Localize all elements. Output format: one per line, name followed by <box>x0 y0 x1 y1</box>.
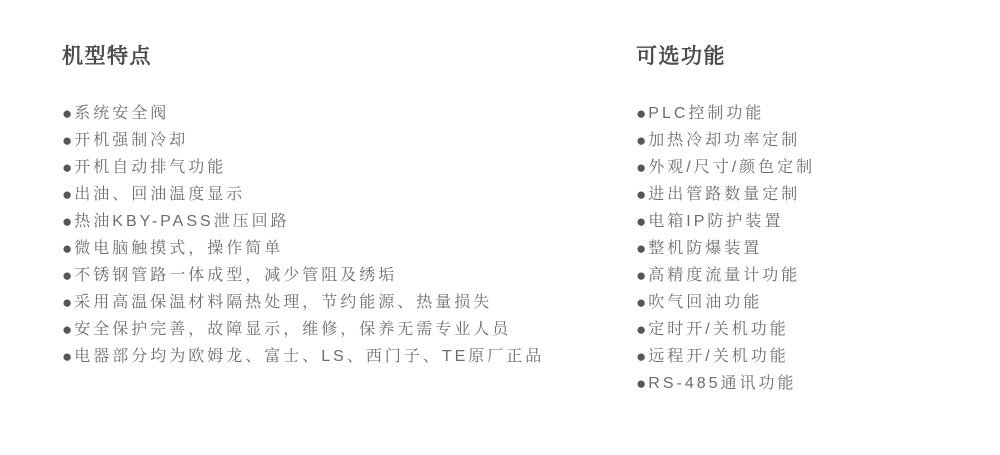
feature-item-label: 电箱IP防护装置 <box>648 208 783 235</box>
bullet-icon: ● <box>636 289 646 316</box>
feature-item-label: 出油、回油温度显示 <box>74 181 245 208</box>
feature-item-label: 定时开/关机功能 <box>648 316 788 343</box>
bullet-icon: ● <box>636 127 646 154</box>
bullet-icon: ● <box>636 235 646 262</box>
bullet-icon: ● <box>636 100 646 127</box>
feature-item: ●整机防爆装置 <box>636 235 976 262</box>
bullet-icon: ● <box>636 181 646 208</box>
feature-item-label: 远程开/关机功能 <box>648 343 788 370</box>
feature-item-label: 外观/尺寸/颜色定制 <box>648 154 815 181</box>
feature-item-label: RS-485通讯功能 <box>648 370 796 397</box>
feature-item: ●出油、回油温度显示 <box>62 181 622 208</box>
feature-item: ●吹气回油功能 <box>636 289 976 316</box>
bullet-icon: ● <box>62 181 72 208</box>
feature-item: ●高精度流量计功能 <box>636 262 976 289</box>
bullet-icon: ● <box>62 262 72 289</box>
feature-item: ●热油KBY-PASS泄压回路 <box>62 208 622 235</box>
feature-item-label: 进出管路数量定制 <box>648 181 800 208</box>
bullet-icon: ● <box>62 100 72 127</box>
feature-item-label: 高精度流量计功能 <box>648 262 800 289</box>
bullet-icon: ● <box>636 262 646 289</box>
feature-item: ●电器部分均为欧姆龙、富士、LS、西门子、TE原厂正品 <box>62 343 622 370</box>
bullet-icon: ● <box>62 316 72 343</box>
bullet-icon: ● <box>62 127 72 154</box>
feature-item-label: 加热冷却功率定制 <box>648 127 800 154</box>
feature-item: ●RS-485通讯功能 <box>636 370 976 397</box>
feature-item: ●电箱IP防护装置 <box>636 208 976 235</box>
feature-item-label: 电器部分均为欧姆龙、富士、LS、西门子、TE原厂正品 <box>74 343 544 370</box>
bullet-icon: ● <box>62 343 72 370</box>
feature-item: ●系统安全阀 <box>62 100 622 127</box>
bullet-icon: ● <box>62 289 72 316</box>
feature-item-label: 整机防爆装置 <box>648 235 762 262</box>
feature-item-label: 热油KBY-PASS泄压回路 <box>74 208 289 235</box>
bullet-icon: ● <box>62 208 72 235</box>
feature-item-label: PLC控制功能 <box>648 100 764 127</box>
bullet-icon: ● <box>636 208 646 235</box>
feature-item: ●开机强制冷却 <box>62 127 622 154</box>
optional-functions-section: 可选功能 ●PLC控制功能●加热冷却功率定制●外观/尺寸/颜色定制●进出管路数量… <box>636 45 976 397</box>
feature-item: ●微电脑触摸式，操作简单 <box>62 235 622 262</box>
feature-item: ●进出管路数量定制 <box>636 181 976 208</box>
feature-item-label: 采用高温保温材料隔热处理，节约能源、热量损失 <box>74 289 492 316</box>
optional-functions-list: ●PLC控制功能●加热冷却功率定制●外观/尺寸/颜色定制●进出管路数量定制●电箱… <box>636 100 976 397</box>
feature-item-label: 安全保护完善，故障显示，维修，保养无需专业人员 <box>74 316 511 343</box>
feature-item-label: 系统安全阀 <box>74 100 169 127</box>
bullet-icon: ● <box>62 235 72 262</box>
machine-features-title: 机型特点 <box>62 45 622 68</box>
bullet-icon: ● <box>636 343 646 370</box>
feature-item: ●安全保护完善，故障显示，维修，保养无需专业人员 <box>62 316 622 343</box>
optional-functions-title: 可选功能 <box>636 45 976 68</box>
feature-item: ●加热冷却功率定制 <box>636 127 976 154</box>
feature-item: ●远程开/关机功能 <box>636 343 976 370</box>
feature-item: ●定时开/关机功能 <box>636 316 976 343</box>
feature-item: ●外观/尺寸/颜色定制 <box>636 154 976 181</box>
feature-item: ●PLC控制功能 <box>636 100 976 127</box>
bullet-icon: ● <box>62 154 72 181</box>
bullet-icon: ● <box>636 154 646 181</box>
feature-item: ●开机自动排气功能 <box>62 154 622 181</box>
feature-item-label: 微电脑触摸式，操作简单 <box>74 235 283 262</box>
bullet-icon: ● <box>636 316 646 343</box>
feature-item-label: 开机强制冷却 <box>74 127 188 154</box>
feature-item-label: 开机自动排气功能 <box>74 154 226 181</box>
machine-features-list: ●系统安全阀●开机强制冷却●开机自动排气功能●出油、回油温度显示●热油KBY-P… <box>62 100 622 370</box>
bullet-icon: ● <box>636 370 646 397</box>
feature-item: ●不锈钢管路一体成型，减少管阻及绣垢 <box>62 262 622 289</box>
feature-item-label: 吹气回油功能 <box>648 289 762 316</box>
feature-item: ●采用高温保温材料隔热处理，节约能源、热量损失 <box>62 289 622 316</box>
feature-item-label: 不锈钢管路一体成型，减少管阻及绣垢 <box>74 262 397 289</box>
machine-features-section: 机型特点 ●系统安全阀●开机强制冷却●开机自动排气功能●出油、回油温度显示●热油… <box>62 45 622 370</box>
